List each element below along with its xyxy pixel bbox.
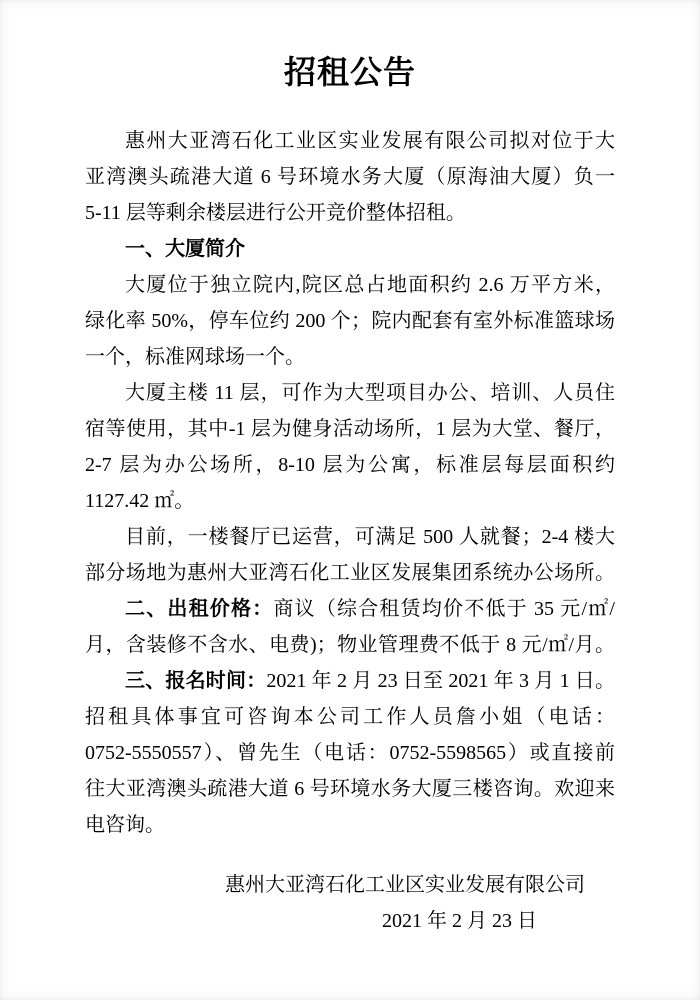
document-title: 招租公告 <box>0 52 700 92</box>
body-line: 惠州大亚湾石化工业区实业发展有限公司拟对位于大 <box>85 123 615 159</box>
body-line: 一个，标准网球场一个。 <box>85 339 615 375</box>
body-line: 往大亚湾澳头疏港大道 6 号环境水务大厦三楼咨询。欢迎来 <box>85 771 615 807</box>
line-bold-prefix: 二、出租价格： <box>125 598 273 620</box>
signature-block: 惠州大亚湾石化工业区实业发展有限公司 2021 年 2 月 23 日 <box>0 867 700 939</box>
line-text: 大厦主楼 11 层，可作为大型项目办公、培训、人员住 <box>125 382 615 404</box>
line-text: 一个，标准网球场一个。 <box>85 346 305 368</box>
line-text: 亚湾澳头疏港大道 6 号环境水务大厦（原海油大厦）负一层、 <box>85 166 615 195</box>
announcement-document: 招租公告 惠州大亚湾石化工业区实业发展有限公司拟对位于大 亚湾澳头疏港大道 6 … <box>0 0 700 1000</box>
line-bold-prefix: 三、报名时间： <box>125 670 266 692</box>
line-text: 5-11 层等剩余楼层进行公开竞价整体招租。 <box>85 202 466 224</box>
line-text: 招租具体事宜可咨询本公司工作人员詹小姐（电话： <box>85 706 615 728</box>
line-text: 0752-5550557）、曾先生（电话：0752-5598565）或直接前 <box>85 742 615 764</box>
line-text: 目前，一楼餐厅已运营，可满足 500 人就餐；2-4 楼大 <box>125 526 615 548</box>
signature-company: 惠州大亚湾石化工业区实业发展有限公司 <box>85 867 585 903</box>
body-line: 月，含装修不含水、电费)；物业管理费不低于 8 元/㎡/月。 <box>85 627 615 663</box>
line-text: 电咨询。 <box>85 814 165 836</box>
body-line: 大厦主楼 11 层，可作为大型项目办公、培训、人员住 <box>85 375 615 411</box>
body-line: 目前，一楼餐厅已运营，可满足 500 人就餐；2-4 楼大 <box>85 519 615 555</box>
document-body: 惠州大亚湾石化工业区实业发展有限公司拟对位于大 亚湾澳头疏港大道 6 号环境水务… <box>0 123 700 843</box>
line-text: 大厦位于独立院内,院区总占地面积约 2.6 万平方米， <box>125 274 615 296</box>
line-bold-prefix: 一、大厦简介 <box>125 238 245 260</box>
section-heading-1: 一、大厦简介 <box>85 231 615 267</box>
body-line: 5-11 层等剩余楼层进行公开竞价整体招租。 <box>85 195 615 231</box>
line-text: 2021 年 2 月 23 日至 2021 年 3 月 1 日。 <box>266 670 615 692</box>
line-text: 宿等使用，其中-1 层为健身活动场所，1 层为大堂、餐厅， <box>85 418 615 440</box>
line-text: 往大亚湾澳头疏港大道 6 号环境水务大厦三楼咨询。欢迎来 <box>85 778 615 800</box>
body-line: 电咨询。 <box>85 807 615 843</box>
line-text: 惠州大亚湾石化工业区实业发展有限公司拟对位于大 <box>125 130 615 152</box>
body-line: 招租具体事宜可咨询本公司工作人员詹小姐（电话： <box>85 699 615 735</box>
body-line: 大厦位于独立院内,院区总占地面积约 2.6 万平方米， <box>85 267 615 303</box>
body-line: 宿等使用，其中-1 层为健身活动场所，1 层为大堂、餐厅， <box>85 411 615 447</box>
body-line: 亚湾澳头疏港大道 6 号环境水务大厦（原海油大厦）负一层、 <box>85 159 615 195</box>
line-text: 绿化率 50%，停车位约 200 个；院内配套有室外标准篮球场 <box>85 310 615 332</box>
line-text: 商议（综合租赁均价不低于 35 元/㎡/ <box>273 598 615 620</box>
section-heading-3: 三、报名时间：2021 年 2 月 23 日至 2021 年 3 月 1 日。 <box>85 663 615 699</box>
section-heading-2: 二、出租价格：商议（综合租赁均价不低于 35 元/㎡/ <box>85 591 615 627</box>
line-text: 2-7 层为办公场所，8-10 层为公寓，标准层每层面积约 <box>85 454 615 476</box>
line-text: 部分场地为惠州大亚湾石化工业区发展集团系统办公场所。 <box>85 562 615 584</box>
line-text: 月，含装修不含水、电费)；物业管理费不低于 8 元/㎡/月。 <box>85 634 615 656</box>
signature-date: 2021 年 2 月 23 日 <box>85 903 585 939</box>
body-line: 0752-5550557）、曾先生（电话：0752-5598565）或直接前 <box>85 735 615 771</box>
line-text: 1127.42 ㎡。 <box>85 490 194 512</box>
body-line: 1127.42 ㎡。 <box>85 483 615 519</box>
body-line: 绿化率 50%，停车位约 200 个；院内配套有室外标准篮球场 <box>85 303 615 339</box>
body-line: 部分场地为惠州大亚湾石化工业区发展集团系统办公场所。 <box>85 555 615 591</box>
body-line: 2-7 层为办公场所，8-10 层为公寓，标准层每层面积约 <box>85 447 615 483</box>
